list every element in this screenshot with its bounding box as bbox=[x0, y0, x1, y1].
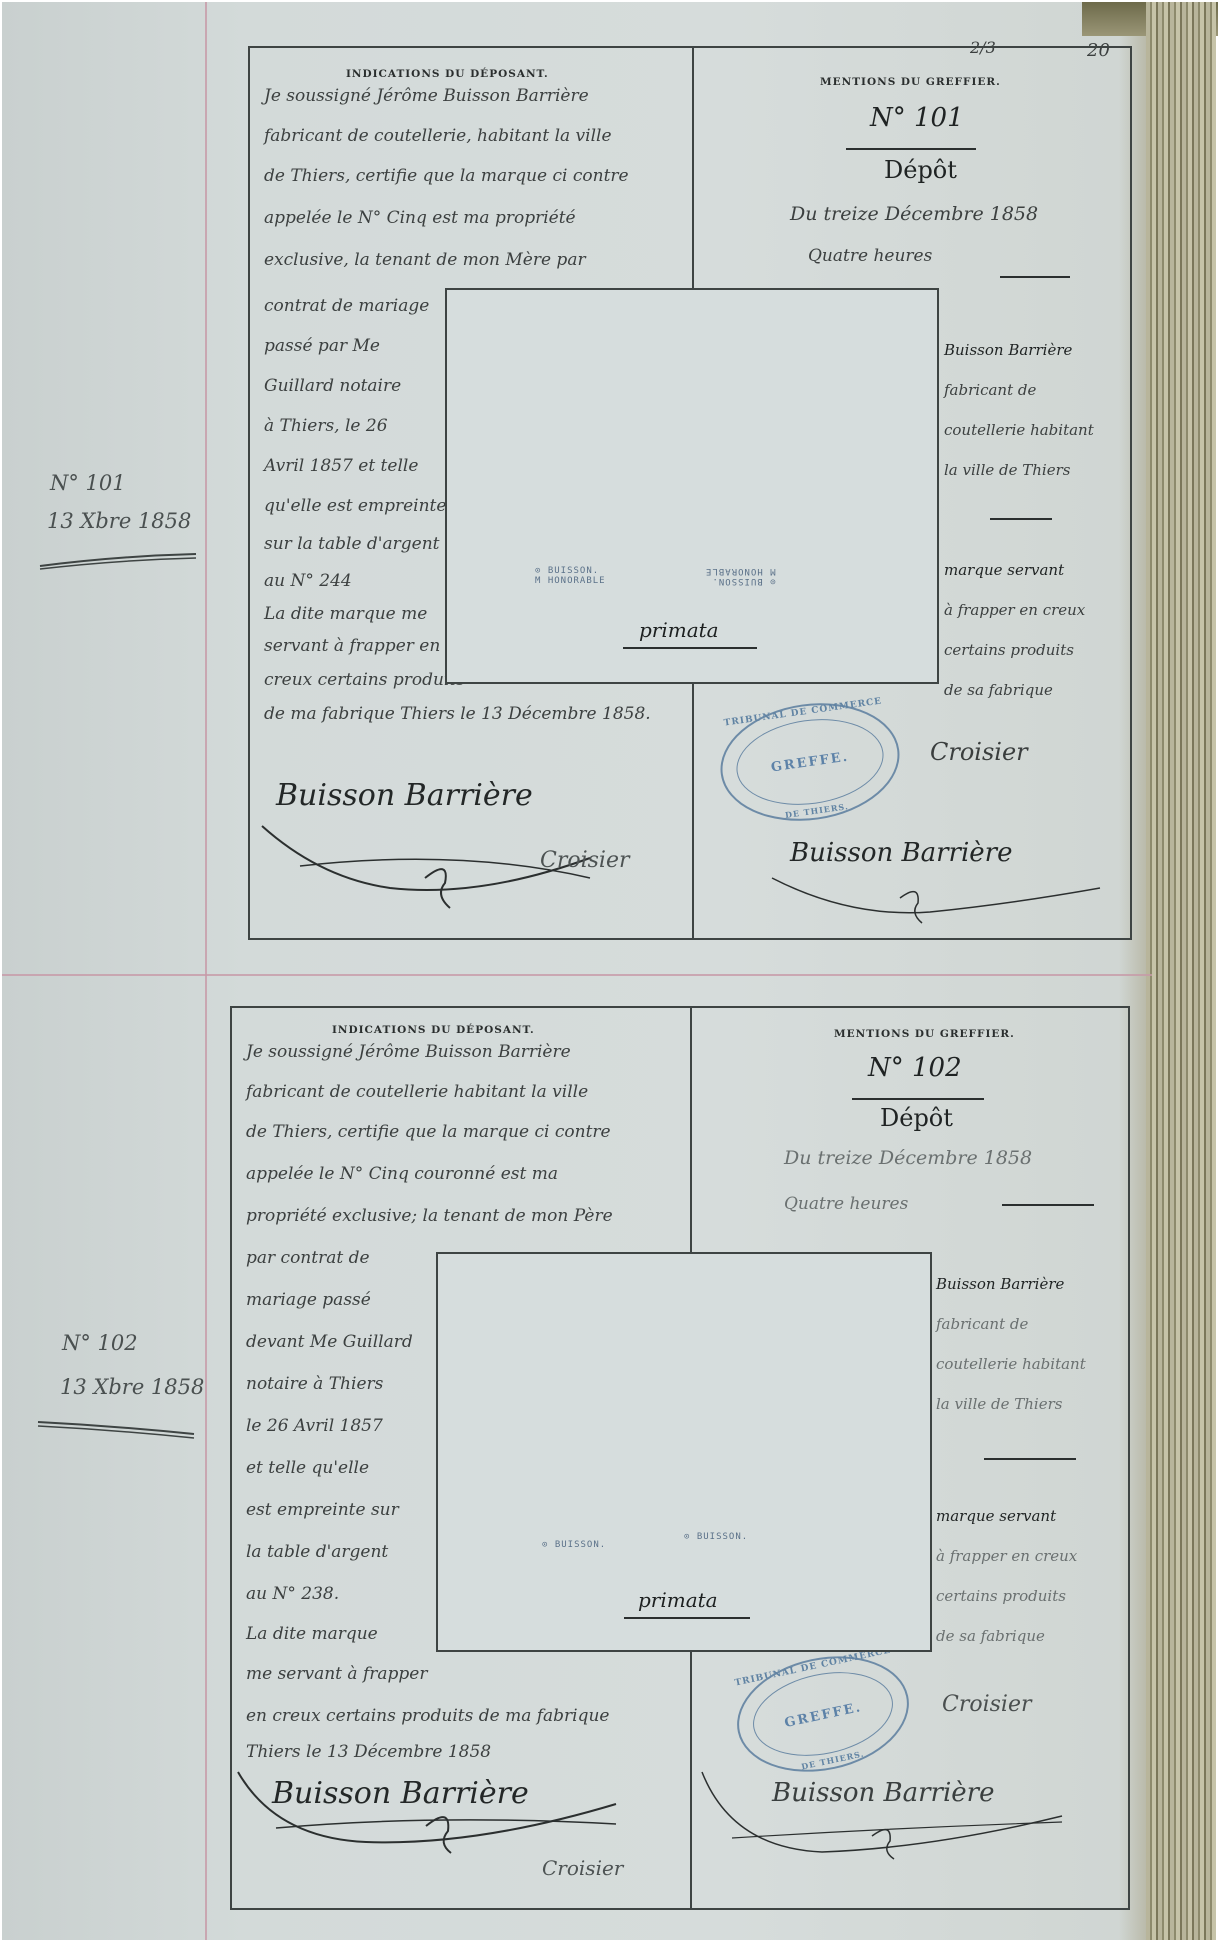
mark-imprint-box: ⊙ BUISSON. ⊙ BUISSON. primata bbox=[436, 1252, 932, 1652]
signature-flourish bbox=[260, 818, 680, 928]
greffier-mark-line: certains produits bbox=[936, 1578, 1066, 1615]
greffier-title: Dépôt bbox=[880, 1100, 953, 1137]
greffier-depositor-line: fabricant de bbox=[944, 372, 1036, 409]
deposant-text-line: appelée le N° Cinq est ma propriété bbox=[264, 200, 576, 237]
mark-label: primata bbox=[639, 618, 719, 642]
greffier-header: MENTIONS DU GREFFIER. bbox=[820, 76, 1001, 88]
mark-imprint-box: ⊙ BUISSON. M HONORABLE ⊙ BUISSON. M HONO… bbox=[445, 288, 939, 684]
greffier-clerk-signature: Croisier bbox=[942, 1692, 1032, 1717]
depositor-rule bbox=[990, 518, 1052, 520]
register-page: 2/3 20 N° 101 13 Xbre 1858 INDICATIONS D… bbox=[2, 2, 1216, 1940]
stamp-line: M HONORABLE bbox=[705, 566, 776, 576]
deposant-text-line: propriété exclusive; la tenant de mon Pè… bbox=[246, 1198, 613, 1235]
clerk-signature: Croisier bbox=[542, 1856, 623, 1880]
register-entry: N° 102 13 Xbre 1858 INDICATIONS DU DÉPOS… bbox=[2, 976, 1152, 1940]
deposant-text-line: par contrat de bbox=[246, 1240, 370, 1277]
greffier-mark-line: à frapper en creux bbox=[944, 592, 1085, 629]
deposant-text-line: au N° 244 bbox=[264, 563, 352, 600]
deposant-text-line: qu'elle est empreinte bbox=[264, 488, 446, 525]
deposant-text-line: La dite marque bbox=[246, 1616, 378, 1653]
margin-entry-number: N° 101 bbox=[50, 464, 126, 502]
deposant-text-line: à Thiers, le 26 bbox=[264, 408, 388, 445]
greffier-header: MENTIONS DU GREFFIER. bbox=[834, 1028, 1015, 1040]
depositor-signature: Buisson Barrière bbox=[276, 778, 533, 813]
greffier-depositor-line: fabricant de bbox=[936, 1306, 1028, 1343]
deposant-text-line: de Thiers, certifie que la marque ci con… bbox=[264, 158, 629, 195]
greffier-time: Quatre heures bbox=[808, 238, 932, 275]
margin-entry-date: 13 Xbre 1858 bbox=[47, 502, 191, 540]
greffier-mark-line: marque servant bbox=[944, 552, 1064, 589]
deposant-text-line: creux certains produits bbox=[264, 662, 465, 699]
greffier-depositor-signature: Buisson Barrière bbox=[790, 838, 1013, 868]
mark-label-underline bbox=[624, 1617, 750, 1619]
greffier-entry-number: N° 101 bbox=[870, 100, 964, 137]
deposant-text-line: contrat de mariage bbox=[264, 288, 429, 325]
mark-stamp-right-mirrored: ⊙ BUISSON. M HONORABLE bbox=[705, 566, 776, 586]
greffier-signature-flourish bbox=[692, 1768, 1072, 1868]
number-underline bbox=[846, 148, 976, 150]
deposant-text-line: mariage passé bbox=[246, 1282, 371, 1319]
tribunal-seal: TRIBUNAL DE COMMERCE GREFFE. DE THIERS. bbox=[726, 1641, 919, 1787]
greffier-signature-flourish bbox=[770, 868, 1110, 928]
greffier-title: Dépôt bbox=[884, 152, 957, 189]
deposant-text-line: est empreinte sur bbox=[246, 1492, 399, 1529]
greffier-depositor-line: la ville de Thiers bbox=[944, 452, 1070, 489]
clerk-signature: Croisier bbox=[540, 848, 630, 873]
deposant-text-line: devant Me Guillard bbox=[246, 1324, 413, 1361]
greffier-entry-number: N° 102 bbox=[868, 1050, 962, 1087]
margin-entry-date: 13 Xbre 1858 bbox=[60, 1368, 204, 1406]
deposant-text-line: fabricant de coutellerie, habitant la vi… bbox=[264, 118, 612, 155]
greffier-mark-line: de sa fabrique bbox=[944, 672, 1053, 709]
greffier-depositor-line: coutellerie habitant bbox=[936, 1346, 1086, 1383]
greffier-mark-line: marque servant bbox=[936, 1498, 1056, 1535]
stamp-line: ⊙ BUISSON. bbox=[535, 566, 599, 576]
mark-stamp-left: ⊙ BUISSON. M HONORABLE bbox=[535, 566, 606, 586]
deposant-text-line: me servant à frapper bbox=[246, 1656, 427, 1693]
margin-double-underline bbox=[36, 1416, 196, 1440]
tribunal-seal: TRIBUNAL DE COMMERCE GREFFE. DE THIERS. bbox=[713, 692, 907, 832]
greffier-clerk-signature: Croisier bbox=[930, 738, 1028, 766]
greffier-depositor-line: la ville de Thiers bbox=[936, 1386, 1062, 1423]
deposant-text-line: servant à frapper en bbox=[264, 628, 440, 665]
deposant-text-line: de ma fabrique Thiers le 13 Décembre 185… bbox=[264, 696, 651, 733]
depositor-rule bbox=[984, 1458, 1076, 1460]
deposant-text-line: Je soussigné Jérôme Buisson Barrière bbox=[264, 78, 589, 115]
deposant-text-line: et telle qu'elle bbox=[246, 1450, 369, 1487]
margin-entry-number: N° 102 bbox=[62, 1324, 138, 1362]
mark-stamp-left: ⊙ BUISSON. bbox=[542, 1540, 606, 1550]
greffier-depositor-line: Buisson Barrière bbox=[936, 1266, 1064, 1303]
greffier-mark-line: de sa fabrique bbox=[936, 1618, 1045, 1655]
deposant-text-line: Je soussigné Jérôme Buisson Barrière bbox=[246, 1034, 571, 1071]
deposant-text-line: le 26 Avril 1857 bbox=[246, 1408, 383, 1445]
margin-double-underline bbox=[38, 550, 198, 570]
deposant-text-line: au N° 238. bbox=[246, 1576, 339, 1613]
deposant-text-line: en creux certains produits de ma fabriqu… bbox=[246, 1698, 610, 1735]
greffier-time: Quatre heures bbox=[784, 1186, 908, 1223]
time-rule bbox=[1002, 1204, 1094, 1206]
time-rule bbox=[1000, 276, 1070, 278]
deposant-text-line: fabricant de coutellerie habitant la vil… bbox=[246, 1074, 588, 1111]
deposant-text-line: exclusive, la tenant de mon Mère par bbox=[264, 242, 586, 279]
greffier-depositor-line: coutellerie habitant bbox=[944, 412, 1094, 449]
deposant-text-line: la table d'argent bbox=[246, 1534, 388, 1571]
greffier-date: Du treize Décembre 1858 bbox=[784, 1140, 1032, 1177]
greffier-mark-line: certains produits bbox=[944, 632, 1074, 669]
deposant-text-line: de Thiers, certifie que la marque ci con… bbox=[246, 1114, 611, 1151]
mark-label-underline bbox=[623, 647, 757, 649]
register-entry: N° 101 13 Xbre 1858 INDICATIONS DU DÉPOS… bbox=[2, 2, 1152, 974]
deposant-text-line: passé par Me bbox=[264, 328, 380, 365]
deposant-text-line: Thiers le 13 Décembre 1858 bbox=[246, 1734, 491, 1771]
mark-label: primata bbox=[638, 1588, 718, 1612]
stamp-line: M HONORABLE bbox=[535, 576, 606, 586]
deposant-text-line: appelée le N° Cinq couronné est ma bbox=[246, 1156, 558, 1193]
stamp-line: ⊙ BUISSON. bbox=[711, 576, 775, 586]
deposant-text-line: notaire à Thiers bbox=[246, 1366, 383, 1403]
greffier-depositor-line: Buisson Barrière bbox=[944, 332, 1072, 369]
greffier-date: Du treize Décembre 1858 bbox=[790, 196, 1038, 233]
book-page-edges bbox=[1146, 2, 1216, 1940]
deposant-text-line: Avril 1857 et telle bbox=[264, 448, 418, 485]
mark-stamp-right: ⊙ BUISSON. bbox=[684, 1532, 748, 1542]
greffier-mark-line: à frapper en creux bbox=[936, 1538, 1077, 1575]
deposant-text-line: sur la table d'argent bbox=[264, 526, 439, 563]
deposant-text-line: Guillard notaire bbox=[264, 368, 401, 405]
